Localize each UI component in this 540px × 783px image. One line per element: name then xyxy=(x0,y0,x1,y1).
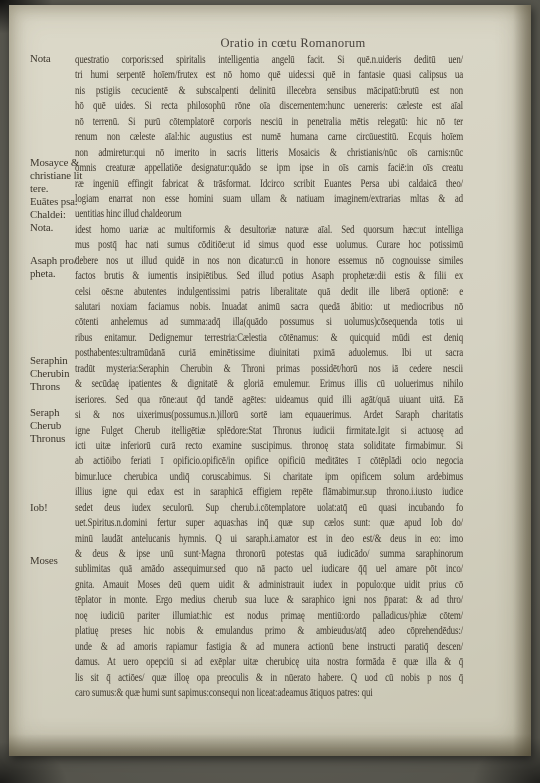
body-line: & deus & ipse unū sunt·Magna thronorū po… xyxy=(75,546,463,561)
body-line: unde & ad amoris rapiamur fastigia & ad … xyxy=(75,639,463,654)
body-line: igne Fulget Cherub itelligētiæ splēdore:… xyxy=(75,423,463,438)
body-line: ab actiōibo feriati ī opificio.opificē/i… xyxy=(75,453,463,468)
body-line: celsi oēs:ne abutentes indulgentissimi p… xyxy=(75,284,463,299)
body-line: uentitias hinc illud chaldeorum xyxy=(75,206,463,221)
body-line: gnita. Amauit Moses deū quem uidit & adm… xyxy=(75,577,463,592)
margin-note: Seraphin Cherubin Throns xyxy=(30,355,69,394)
body-line: questratio corporis:sed spiritalis intel… xyxy=(75,52,463,67)
body-line: hō quē uides. Si recta philosophū rōne o… xyxy=(75,98,463,113)
body-line: platiuę preses hic nobis & emulandus pri… xyxy=(75,623,463,638)
body-line: & secūdaę ipatientes & dignitatē & glori… xyxy=(75,376,463,391)
body-line: tri humi serpentē hoīem/frutex est nō ho… xyxy=(75,67,463,82)
body-text: questratio corporis:sed spiritalis intel… xyxy=(75,52,465,700)
body-line: omnis creaturæ appellatiōe designatur:qu… xyxy=(75,160,463,175)
body-line: nis pstigiis cecucientē & subscalpenti d… xyxy=(75,83,463,98)
body-line: damus. At uero opepciū si ad exēplar uit… xyxy=(75,654,463,669)
book-page-photo: Oratio in cœtu Romanorum NotaMosayce & c… xyxy=(0,0,540,783)
margin-note: Nota xyxy=(30,53,51,66)
body-line: noę iudiciū pariter illumiat:hic est nod… xyxy=(75,608,463,623)
body-line: ribus enitamur. Dedignemur terrestria:Cæ… xyxy=(75,330,463,345)
book-page: Oratio in cœtu Romanorum NotaMosayce & c… xyxy=(9,5,531,756)
body-line: nō terrenū. Si purū cōtemplatorē corpori… xyxy=(75,114,463,129)
body-line: tradūt mysteria:Seraphin Cherubin & Thro… xyxy=(75,361,463,376)
body-line: lis sit q̄ actiōes/ quæ illoę opa preocu… xyxy=(75,670,463,685)
body-line: cōtenti anhelemus ad summa:adq̄ illa(quā… xyxy=(75,314,463,329)
body-line: logiam enarrat non esse homini suam ulla… xyxy=(75,191,463,206)
body-line: illius igne qui edax est in saraphicā ef… xyxy=(75,484,463,499)
body-line: sedet deus iudex seculorū. Sup cherub.i.… xyxy=(75,500,463,515)
body-line: renum non cæleste aīal:hic augustius est… xyxy=(75,129,463,144)
body-line: minū laudāt antelucanis hymnis. Q ui sar… xyxy=(75,531,463,546)
body-line: factos brutis & iumentis insipiētibus. S… xyxy=(75,268,463,283)
margin-note: Seraph Cherub Thronus xyxy=(30,407,65,446)
body-line: salutari noxiam faciamus nobis. Inuadat … xyxy=(75,299,463,314)
margin-note: Moses xyxy=(30,555,58,568)
body-line: caro sumus:& quæ humi sunt sapimus:conse… xyxy=(75,685,463,700)
body-line: debere nos ut illud quidē in nos non dic… xyxy=(75,253,463,268)
body-line: mus postq̄ hac nati sumus cōditiōe:ut id… xyxy=(75,237,463,252)
page-edge-shadow-right-icon xyxy=(513,5,531,756)
body-line: iseriores. Sed qua rōne:aut q̄d tandē ag… xyxy=(75,392,463,407)
body-line: posthabentes:ultramūdanā curiā eminētiss… xyxy=(75,345,463,360)
body-line: sublimitas quā amādo assequimur.sed quo … xyxy=(75,561,463,576)
body-line: bimur.luce cherubica undiq̄ coruscabimus… xyxy=(75,469,463,484)
margin-note: Euātes psa. Chaldei: Nota. xyxy=(30,196,77,235)
body-line: tēplator in monte. Ergo medius cherub su… xyxy=(75,592,463,607)
margin-note: Iob! xyxy=(30,502,48,515)
body-line: idest homo uariæ ac multiformis & desult… xyxy=(75,222,463,237)
margin-note: Asaph pro/ pheta. xyxy=(30,255,77,281)
body-line: non admiretur:qui nō imerito in sacris l… xyxy=(75,145,463,160)
body-line: ræ ingeniū effingit fabricat & trāsforma… xyxy=(75,176,463,191)
page-edge-shadow-bottom-icon xyxy=(9,734,531,756)
body-line: si & nos uixerimus(possumus.n.)illorū so… xyxy=(75,407,463,422)
body-line: icti uitæ inferiorū curā recto examine s… xyxy=(75,438,463,453)
body-line: uet.Spiritus.n.domini fertur super aquas… xyxy=(75,515,463,530)
